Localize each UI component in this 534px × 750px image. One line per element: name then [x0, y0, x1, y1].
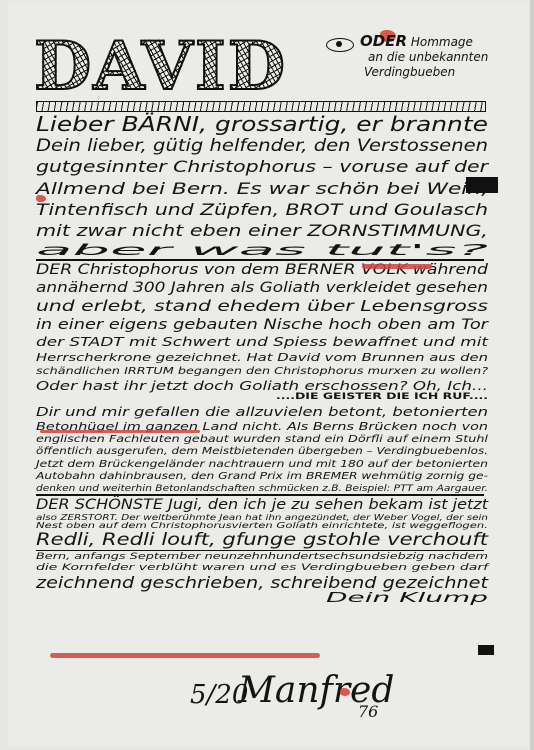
text-line: mit zwar nicht eben einer ZORNSTIMMUNG, [36, 223, 488, 239]
text-line: Redli, Redli louft, gfunge gstohle verch… [36, 532, 488, 549]
text-line: zeichnend geschrieben, schreibend gezeic… [36, 575, 488, 591]
frame-edge [530, 0, 534, 750]
text-line: Oder hast ihr jetzt doch Goliath erschos… [36, 380, 488, 392]
text-line: Allmend bei Bern. Es war schön bei Wein, [36, 181, 488, 197]
signature-year: 76 [358, 702, 378, 721]
text-line: Nest oben auf dem Christophorusvierten G… [36, 522, 488, 530]
red-bird-mark [340, 688, 350, 696]
text-line: Autobahn dahinbrausen, den Grand Prix im… [36, 472, 488, 482]
oder-label: ODER [360, 32, 407, 50]
subtitle-line-2: an die unbekannten [360, 50, 488, 65]
title-block: DAVID ODER Hommage an die unbekannten Ve… [34, 30, 504, 102]
red-mark [36, 195, 46, 202]
red-underline [362, 264, 432, 269]
text-line: der STADT mit Schwert und Spiess bewaffn… [36, 336, 488, 348]
divider [36, 494, 484, 496]
text-line: englischen Fachleuten gebaut wurden stan… [36, 435, 488, 445]
text-line: Tintenfisch und Züpfen, BROT und Goulasc… [36, 202, 488, 218]
text-line: schändlichen IRRTUM begangen den Christo… [36, 367, 488, 377]
text-line: gutgesinnter Christophorus – voruse auf … [36, 159, 488, 175]
text-line: in einer eigens gebauten Nische hoch obe… [36, 318, 488, 332]
text-line: Jetzt dem Brückengeländer nachtrauern un… [36, 460, 488, 470]
red-underline [50, 653, 320, 658]
divider [36, 259, 484, 261]
text-line: Dein Klump [36, 592, 488, 605]
text-line: und erlebt, stand ehedem über Lebensgros… [36, 299, 488, 314]
text-line: Dir und mir gefallen die allzuvielen bet… [36, 406, 488, 418]
text-line: die Kornfelder verblüht waren und es Ver… [36, 564, 488, 573]
letter-body: Lieber BÄRNI, grossartig, er brannte Dei… [36, 108, 488, 605]
red-underline [40, 430, 200, 433]
text-line: DER SCHÖNSTE Jugi, den ich je zu sehen b… [36, 498, 488, 512]
eye-icon [326, 38, 354, 52]
text-line: Dein lieber, gütig helfender, den Versto… [36, 138, 488, 155]
text-line: also ZERSTÖRT. Der weltberühmte Jean hat… [36, 514, 488, 522]
text-line: Bern, anfangs September neunzehnhunderts… [36, 553, 488, 562]
text-line: aber was tut's? [36, 243, 488, 258]
subtitle-line-1: Hommage [411, 35, 473, 49]
text-line: ....DIE GEISTER DIE ICH RUF.... [36, 393, 488, 402]
subtitle: ODER Hommage an die unbekannten Verdingb… [360, 34, 488, 80]
text-line: öffentlich ausgerufen, dem Meistbietende… [36, 447, 488, 457]
ink-blot [466, 177, 498, 193]
divider [36, 550, 484, 552]
ink-blot [478, 645, 494, 655]
subtitle-line-3: Verdingbueben [360, 65, 488, 80]
text-line: Herrscherkrone gezeichnet. Hat David vom… [36, 352, 488, 363]
text-line: denken und weiterhin Betonlandschaften s… [36, 485, 488, 494]
text-line: annähernd 300 Jahren als Goliath verklei… [36, 281, 488, 295]
text-line: Lieber BÄRNI, grossartig, er brannte [36, 114, 488, 134]
title-david: DAVID [34, 30, 287, 102]
